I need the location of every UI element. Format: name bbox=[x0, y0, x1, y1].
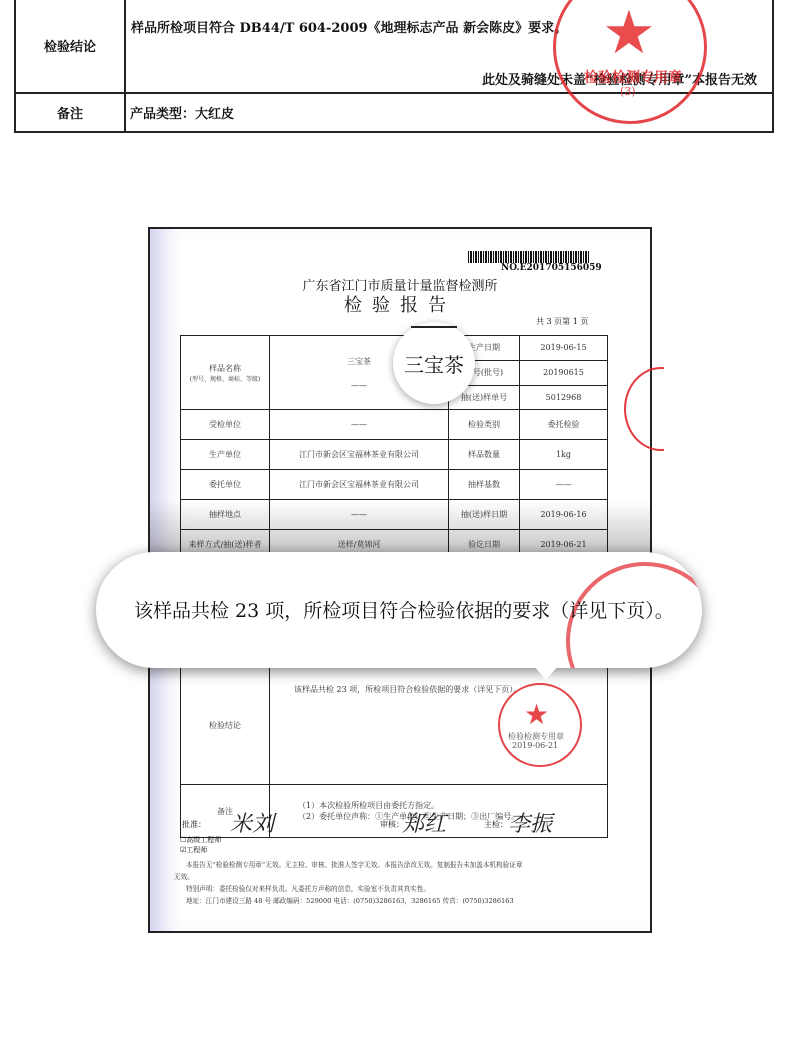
senior-engineer-checkbox: ☐高级工程师 bbox=[180, 835, 221, 845]
reviewer-signature: 郑红 bbox=[402, 807, 446, 838]
remark-label: 备注 bbox=[15, 93, 125, 132]
approver-signature: 米刘 bbox=[230, 807, 274, 838]
seam-stamp bbox=[624, 367, 698, 451]
review-label: 审核： bbox=[380, 819, 404, 830]
report-title: 检验报告 bbox=[150, 291, 650, 317]
inspection-stamp: ★ 检验检测专用章 2019-06-21 bbox=[498, 683, 582, 767]
approve-label: 批准： bbox=[182, 819, 206, 830]
table-row: 生产单位 江门市新会区宝福林茶业有限公司 样品数量 1kg bbox=[181, 440, 608, 470]
page-info: 共 3 页第 1 页 bbox=[536, 316, 588, 327]
inspector-label: 主检： bbox=[484, 819, 508, 830]
magnifier-sample-name: 三宝茶 bbox=[393, 322, 475, 404]
table-row: 受检单位 —— 检验类别 委托检验 bbox=[181, 410, 608, 440]
magnifier-conclusion: 该样品共检 23 项，所检项目符合检验依据的要求（详见下页）。 bbox=[96, 552, 702, 668]
star-icon: ★ bbox=[602, 3, 656, 63]
conclusion-text: 样品所检项目符合 DB44/T 604-2009《地理标志产品 新会陈皮》要求。 bbox=[131, 17, 567, 36]
barcode bbox=[468, 251, 590, 263]
inspector-signature: 李振 bbox=[508, 807, 552, 838]
star-icon: ★ bbox=[524, 701, 549, 729]
conclusion-label: 检验结论 bbox=[15, 0, 125, 93]
engineer-checkbox: ☑工程师 bbox=[180, 845, 207, 855]
callout-pointer bbox=[534, 666, 558, 680]
report-footer: 本报告无“检验检测专用章”无效。无主检、审核、批准人签字无效。本报告涂改无效。复… bbox=[174, 859, 634, 907]
report-number: NO.E201705156059 bbox=[501, 263, 602, 273]
table-row: 委托单位 江门市新会区宝福林茶业有限公司 抽样基数 —— bbox=[181, 470, 608, 500]
table-row: 抽样地点 —— 抽(送)样日期 2019-06-16 bbox=[181, 500, 608, 530]
